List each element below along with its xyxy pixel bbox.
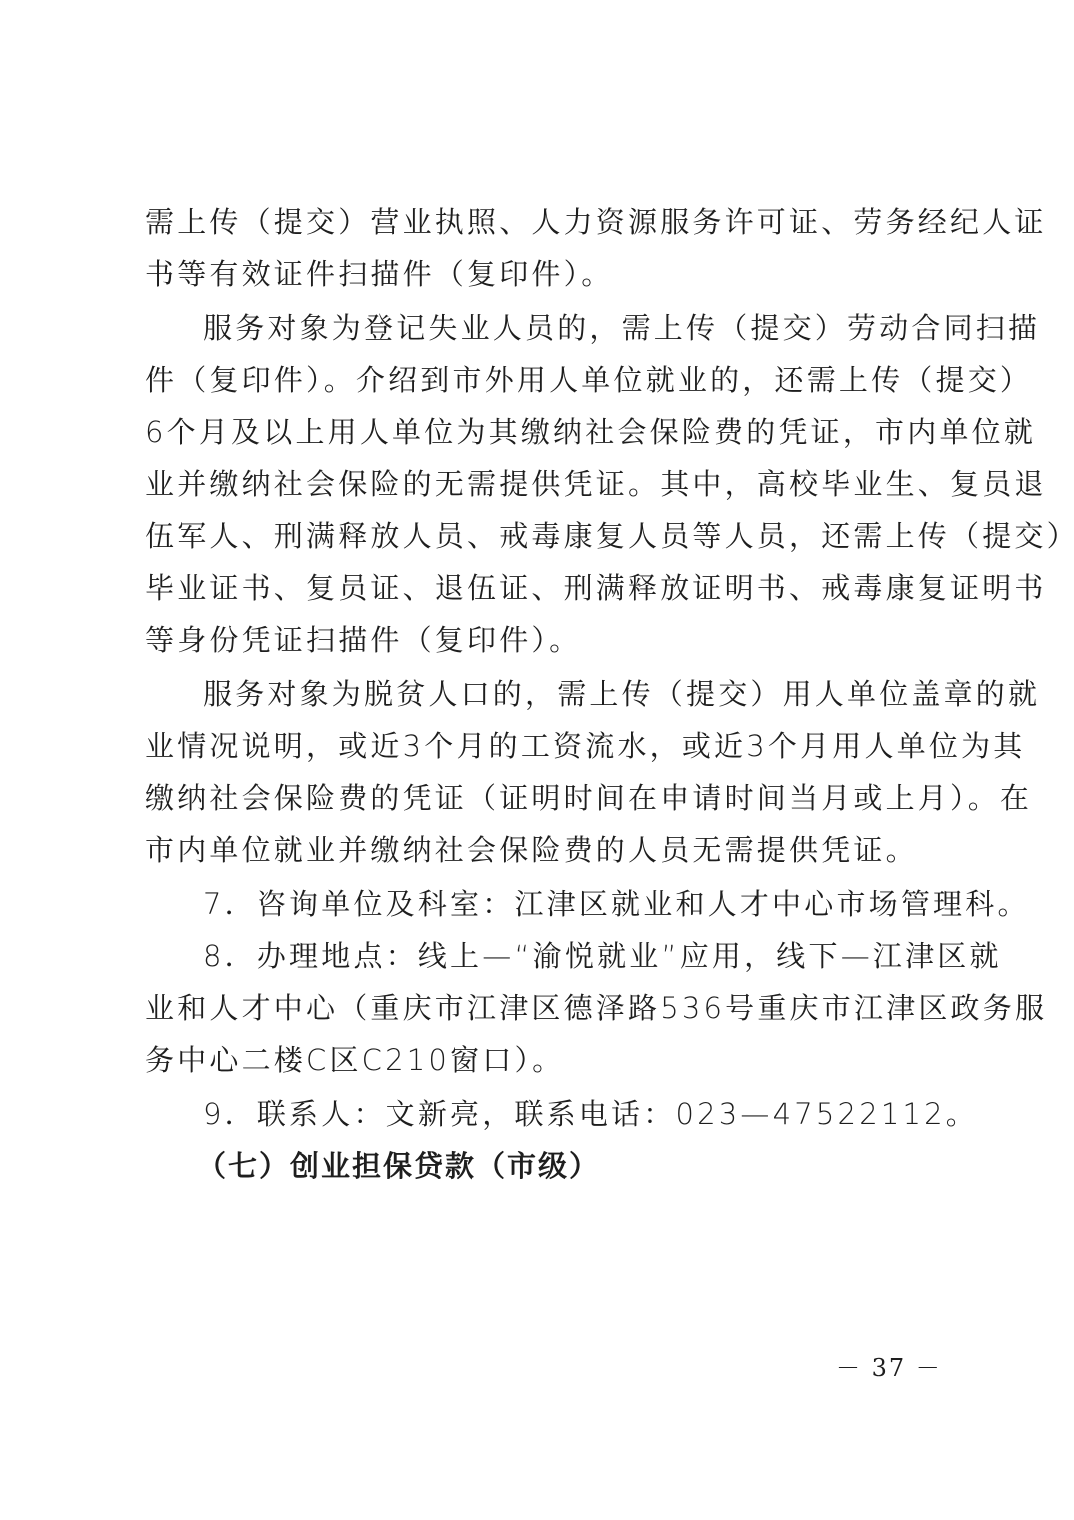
location-line: 8．办理地点：线上—“渝悦就业”应用，线下—江津区就 — [203, 930, 1002, 982]
paragraph-line: 件（复印件）。介绍到市外用人单位就业的，还需上传（提交） — [145, 354, 1032, 406]
paragraph-line: 业并缴纳社会保险的无需提供凭证。其中，高校毕业生、复员退 — [145, 458, 1047, 510]
paragraph-line: 书等有效证件扫描件（复印件）。 — [145, 248, 614, 300]
paragraph-line: 等身份凭证扫描件（复印件）。 — [145, 614, 581, 666]
paragraph-line: 市内单位就业并缴纳社会保险费的人员无需提供凭证。 — [145, 824, 918, 876]
consult-unit-line: 7．咨询单位及科室：江津区就业和人才中心市场管理科。 — [203, 878, 1030, 930]
location-line: 务中心二楼C区C210窗口）。 — [145, 1034, 564, 1086]
section-heading: （七）创业担保贷款（市级） — [197, 1140, 600, 1192]
document-page: 需上传（提交）营业执照、人力资源服务许可证、劳务经纪人证 书等有效证件扫描件（复… — [0, 0, 1074, 1520]
paragraph-line: 伍军人、刑满释放人员、戒毒康复人员等人员，还需上传（提交） — [145, 510, 1074, 562]
paragraph-line: 服务对象为登记失业人员的，需上传（提交）劳动合同扫描 — [203, 302, 1040, 354]
paragraph-line: 服务对象为脱贫人口的，需上传（提交）用人单位盖章的就 — [203, 668, 1040, 720]
paragraph-line: 毕业证书、复员证、退伍证、刑满释放证明书、戒毒康复证明书 — [145, 562, 1047, 614]
paragraph-line: 6个月及以上用人单位为其缴纳社会保险费的凭证，市内单位就 — [145, 406, 1036, 458]
paragraph-line: 缴纳社会保险费的凭证（证明时间在申请时间当月或上月）。在 — [145, 772, 1032, 824]
contact-line: 9．联系人：文新亮，联系电话：023—47522112。 — [203, 1088, 978, 1140]
paragraph-line: 业情况说明，或近3个月的工资流水，或近3个月用人单位为其 — [145, 720, 1026, 772]
location-line: 业和人才中心（重庆市江津区德泽路536号重庆市江津区政务服 — [145, 982, 1047, 1034]
paragraph-line: 需上传（提交）营业执照、人力资源服务许可证、劳务经纪人证 — [145, 196, 1047, 248]
page-number: － 37 － — [836, 1348, 942, 1383]
